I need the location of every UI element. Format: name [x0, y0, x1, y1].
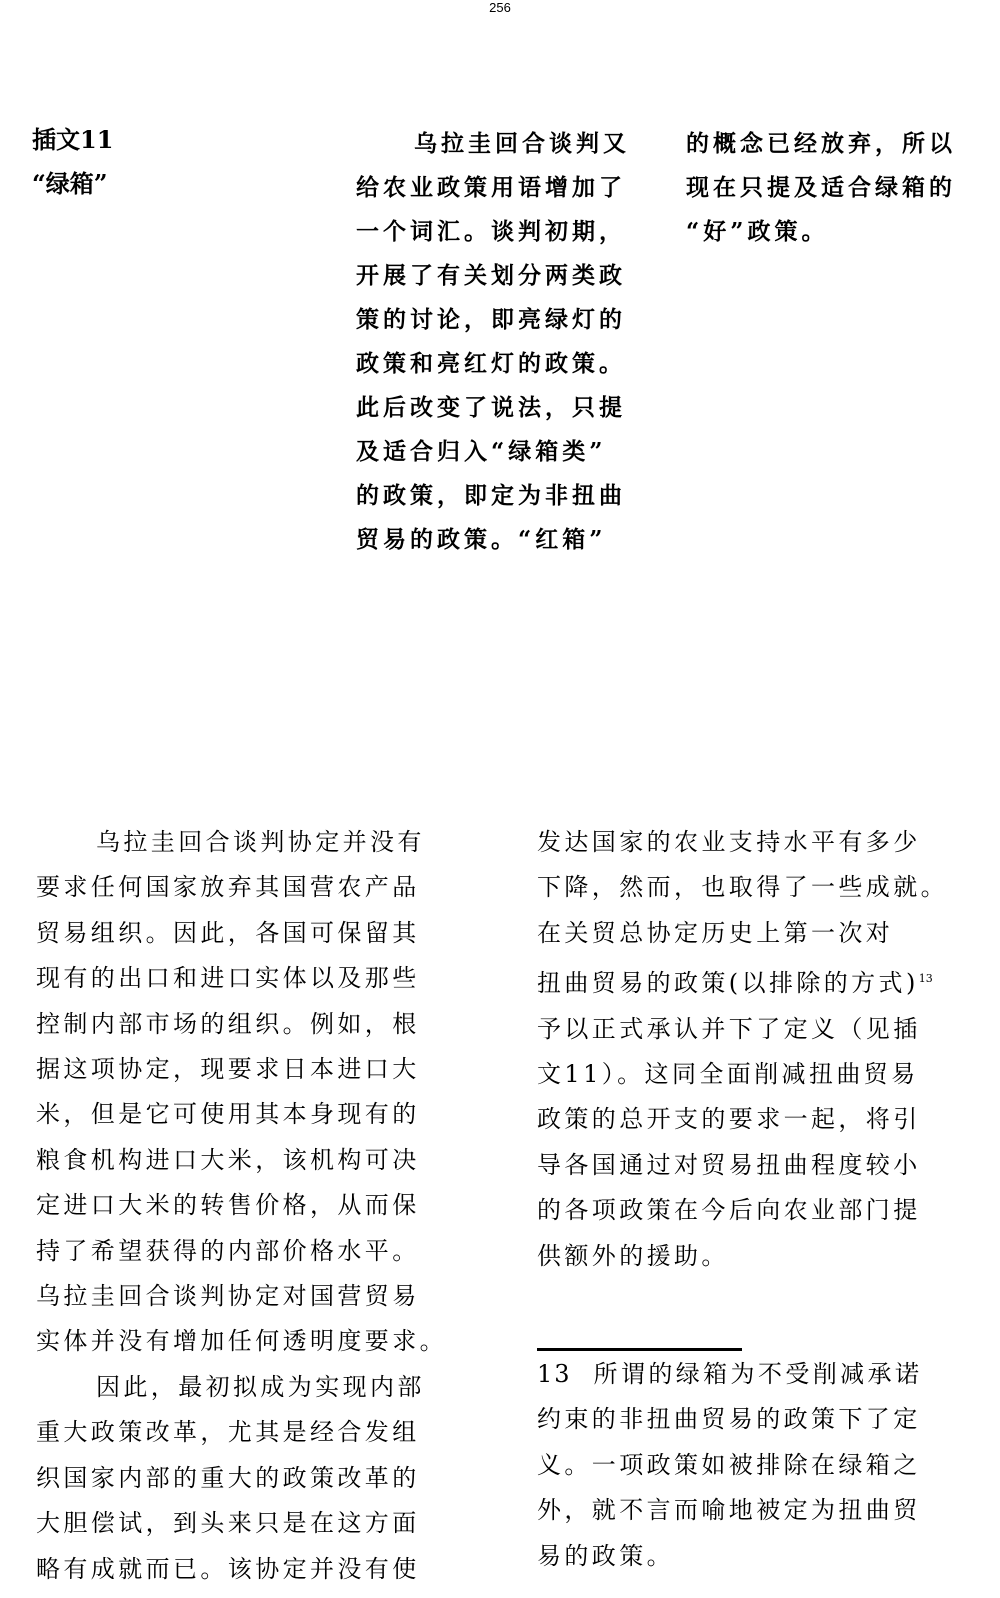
- body-text-line: 发达国家的农业支持水平有多少: [537, 820, 977, 865]
- body-text-line: 现有的出口和进口实体以及那些: [36, 956, 476, 1001]
- box-text-line: 贸易的政策。“红箱”: [356, 518, 646, 562]
- box-text-line: 给农业政策用语增加了: [356, 166, 646, 210]
- box-text-line: 现在只提及适合绿箱的: [686, 166, 986, 210]
- body-text-line: 控制内部市场的组织。例如，根: [36, 1002, 476, 1047]
- box-text-line: 此后改变了说法，只提: [356, 386, 646, 430]
- body-text-line: 乌拉圭回合谈判协定对国营贸易: [36, 1274, 476, 1319]
- body-text-line: 重大政策改革，尤其是经合发组: [36, 1410, 476, 1455]
- body-text-line: 贸易组织。因此，各国可保留其: [36, 911, 476, 956]
- footnote-number: 13: [537, 1360, 572, 1388]
- box-text-line: 的概念已经放弃，所以: [686, 122, 986, 166]
- box-text-line: 政策和亮红灯的政策。: [356, 342, 646, 386]
- footnote-line: 约束的非扭曲贸易的政策下了定: [537, 1397, 977, 1442]
- footnote-line: 外，就不言而喻地被定为扭曲贸: [537, 1488, 977, 1533]
- body-text-line: 织国家内部的重大的政策改革的: [36, 1456, 476, 1501]
- body-text-line: 文11）。这同全面削减扭曲贸易: [537, 1052, 977, 1097]
- footnote-line: 13所谓的绿箱为不受削减承诺: [537, 1352, 977, 1397]
- footnote-line: 易的政策。: [537, 1534, 977, 1579]
- box-text-line: 乌拉圭回合谈判又: [356, 122, 646, 166]
- body-text-line: 大胆偿试，到头来只是在这方面: [36, 1501, 476, 1546]
- body-text-line: 下降，然而，也取得了一些成就。: [537, 865, 977, 910]
- body-text-right-column: 发达国家的农业支持水平有多少 下降，然而，也取得了一些成就。 在关贸总协定历史上…: [537, 820, 977, 1279]
- box-text-line: 开展了有关划分两类政: [356, 254, 646, 298]
- body-text-line: 米，但是它可使用其本身现有的: [36, 1092, 476, 1137]
- body-text-line: 导各国通过对贸易扭曲程度较小: [537, 1143, 977, 1188]
- body-text-line: 供额外的援助。: [537, 1234, 977, 1279]
- body-text-left-column: 乌拉圭回合谈判协定并没有 要求任何国家放弃其国营农产品 贸易组织。因此，各国可保…: [36, 820, 476, 1592]
- box-label-number: 插文11: [32, 118, 113, 162]
- body-text-line: 在关贸总协定历史上第一次对: [537, 911, 977, 956]
- box-text-column-1: 乌拉圭回合谈判又 给农业政策用语增加了 一个词汇。谈判初期， 开展了有关划分两类…: [356, 122, 646, 562]
- body-text-line: 予以正式承认并下了定义（见插: [537, 1007, 977, 1052]
- footnote-line-content: 所谓的绿箱为不受削减承诺: [594, 1360, 923, 1388]
- page-number: 256: [0, 0, 1000, 16]
- body-text-line: 政策的总开支的要求一起，将引: [537, 1097, 977, 1142]
- body-text-line: 乌拉圭回合谈判协定并没有: [36, 820, 476, 865]
- body-text-line-content: 扭曲贸易的政策(以排除的方式): [537, 969, 919, 997]
- body-text-line: 持了希望获得的内部价格水平。: [36, 1229, 476, 1274]
- box-label-title: “绿箱”: [32, 162, 113, 206]
- body-text-line: 定进口大米的转售价格，从而保: [36, 1183, 476, 1228]
- body-text-line: 要求任何国家放弃其国营农产品: [36, 865, 476, 910]
- box-text-line: 的政策，即定为非扭曲: [356, 474, 646, 518]
- footnote-divider: [537, 1348, 742, 1351]
- box-text-line: 一个词汇。谈判初期，: [356, 210, 646, 254]
- footnote-line: 义。一项政策如被排除在绿箱之: [537, 1443, 977, 1488]
- box-text-line: 及适合归入“绿箱类”: [356, 430, 646, 474]
- box-text-column-2: 的概念已经放弃，所以 现在只提及适合绿箱的 “好”政策。: [686, 122, 986, 254]
- box-text-line: 策的讨论，即亮绿灯的: [356, 298, 646, 342]
- footnote-reference[interactable]: 13: [919, 972, 933, 985]
- body-text-line: 实体并没有增加任何透明度要求。: [36, 1319, 476, 1364]
- body-text-line: 的各项政策在今后向农业部门提: [537, 1188, 977, 1233]
- body-text-line: 略有成就而已。该协定并没有使: [36, 1547, 476, 1592]
- body-text-line: 据这项协定，现要求日本进口大: [36, 1047, 476, 1092]
- body-text-line: 扭曲贸易的政策(以排除的方式)13: [537, 956, 977, 1006]
- footnote: 13所谓的绿箱为不受削减承诺 约束的非扭曲贸易的政策下了定 义。一项政策如被排除…: [537, 1352, 977, 1579]
- box-label: 插文11 “绿箱”: [32, 118, 113, 206]
- box-text-line: “好”政策。: [686, 210, 986, 254]
- body-text-line: 因此，最初拟成为实现内部: [36, 1365, 476, 1410]
- body-text-line: 粮食机构进口大米，该机构可决: [36, 1138, 476, 1183]
